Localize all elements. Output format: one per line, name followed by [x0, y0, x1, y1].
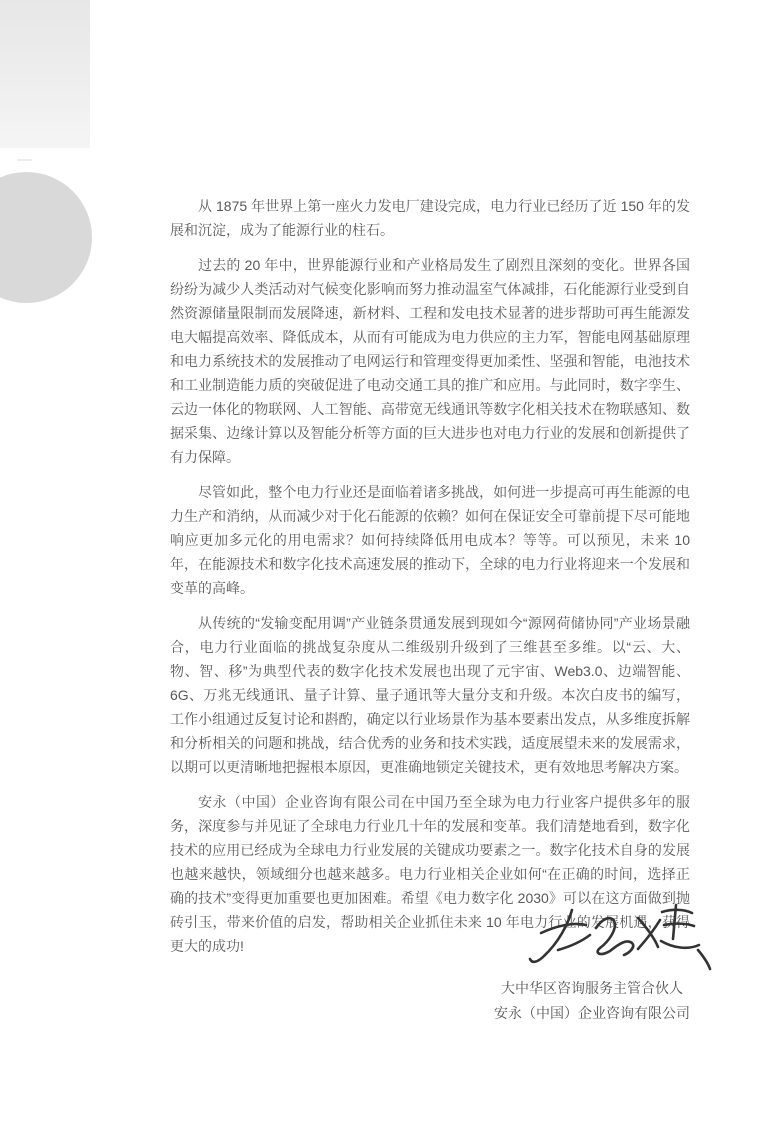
foreword-body: 从 1875 年世界上第一座火力发电厂建设完成，电力行业已经历了近 150 年的…: [170, 194, 690, 969]
signer-title: 大中华区咨询服务主管合伙人: [462, 976, 722, 1001]
document-page: 从 1875 年世界上第一座火力发电厂建设完成，电力行业已经历了近 150 年的…: [0, 0, 767, 1122]
foreword-paragraph: 过去的 20 年中，世界能源行业和产业格局发生了剧烈且深刻的变化。世界各国纷纷为…: [170, 253, 690, 469]
foreword-paragraph: 从传统的“发输变配用调”产业链条贯通发展到现如今“源网荷储协同”产业场景融合，电…: [170, 611, 690, 779]
foreword-paragraph: 尽管如此，整个电力行业还是面临着诸多挑战，如何进一步提高可再生能源的电力生产和消…: [170, 480, 690, 600]
foreword-paragraph: 从 1875 年世界上第一座火力发电厂建设完成，电力行业已经历了近 150 年的…: [170, 194, 690, 242]
signer-block: 大中华区咨询服务主管合伙人 安永（中国）企业咨询有限公司: [462, 976, 722, 1026]
signer-company: 安永（中国）企业咨询有限公司: [462, 1001, 722, 1026]
decor-circle: [0, 172, 92, 303]
decor-faint-mark: [17, 159, 32, 161]
handwritten-signature-icon: [528, 898, 718, 978]
decor-rectangle: [0, 0, 90, 148]
